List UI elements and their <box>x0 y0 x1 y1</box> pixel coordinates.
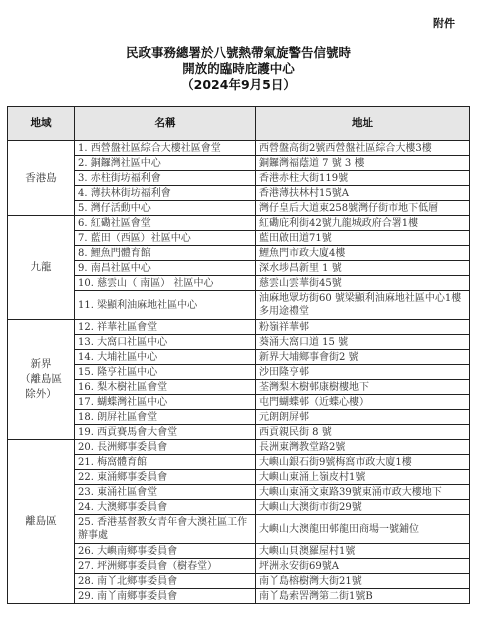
shelter-name: 11. 梁顯利油麻地社區中心 <box>75 291 256 320</box>
shelter-name: 3. 赤柱街坊福利會 <box>75 171 256 186</box>
shelter-address: 慈雲山雲華街45號 <box>256 276 470 291</box>
shelter-name: 4. 薄扶林街坊福利會 <box>75 186 256 201</box>
shelter-name: 9. 南昌社區中心 <box>75 261 256 276</box>
shelter-address: 大嶼山東涌文東路39號東涌市政大樓地下 <box>256 485 470 500</box>
table-row: 8. 鯉魚門體育館 鯉魚門市政大廈4樓 <box>8 246 470 261</box>
shelter-name: 16. 梨木樹社區會堂 <box>75 380 256 395</box>
shelter-address: 香港薄扶林村15號A <box>256 186 470 201</box>
table-row: 24. 大澳鄉事委員會 大嶼山大澳街市街29號 <box>8 500 470 515</box>
table-row: 15. 隆亨社區中心 沙田隆亨邨 <box>8 365 470 380</box>
table-row: 27. 坪洲鄉事委員會（樹春堂） 坪洲永安街69號A <box>8 559 470 574</box>
shelter-address: 香港赤柱大街119號 <box>256 171 470 186</box>
shelter-name: 20. 長洲鄉事委員會 <box>75 440 256 455</box>
region-label-line: 新界 <box>31 358 52 370</box>
shelter-address: 銅鑼灣福蔭道 7 號 3 樓 <box>256 156 470 171</box>
shelter-address: 屯門蝴蝶邨（近蝶心樓） <box>256 395 470 410</box>
shelter-address: 坪洲永安街69號A <box>256 559 470 574</box>
region-label-line: （離島區 <box>20 373 62 385</box>
shelter-table: 地域 名稱 地址 香港島 1. 西營盤社區綜合大樓社區會堂 西營盤高街2號西營盤… <box>7 106 470 604</box>
shelter-name: 1. 西營盤社區綜合大樓社區會堂 <box>75 141 256 156</box>
shelter-name: 14. 大埔社區中心 <box>75 350 256 365</box>
table-row: 21. 梅窩體育館 大嶼山銀石街9號梅窩市政大廈1樓 <box>8 455 470 470</box>
shelter-name: 6. 紅磡社區會堂 <box>75 216 256 231</box>
table-row: 17. 蝴蝶灣社區中心 屯門蝴蝶邨（近蝶心樓） <box>8 395 470 410</box>
shelter-address: 灣仔皇后大道東258號灣仔街市地下低層 <box>256 201 470 216</box>
shelter-address: 南丫島榕樹灣大街21號 <box>256 574 470 589</box>
header-address: 地址 <box>256 107 470 141</box>
shelter-address: 深水埗昌新里 1 號 <box>256 261 470 276</box>
header-region: 地域 <box>8 107 75 141</box>
shelter-name: 5. 灣仔活動中心 <box>75 201 256 216</box>
table-row: 25. 香港基督教女青年會大澳社區工作辦事處 大嶼山大澳龍田邨龍田商場一號鋪位 <box>8 515 470 544</box>
title-line-1: 民政事務總署於八號熱帶氣旋警告信號時 <box>0 45 477 61</box>
shelter-address: 長洲東灣教堂路2號 <box>256 440 470 455</box>
shelter-address: 藍田啟田道71號 <box>256 231 470 246</box>
shelter-name: 23. 東涌社區會堂 <box>75 485 256 500</box>
shelter-name: 27. 坪洲鄉事委員會（樹春堂） <box>75 559 256 574</box>
shelter-name: 22. 東涌鄉事委員會 <box>75 470 256 485</box>
shelter-name: 10. 慈雲山（ 南區） 社區中心 <box>75 276 256 291</box>
shelter-name: 21. 梅窩體育館 <box>75 455 256 470</box>
region-cell-kowloon: 九龍 <box>8 216 75 320</box>
table-row: 新界 （離島區 除外） 12. 祥華社區會堂 粉嶺祥華邨 <box>8 320 470 335</box>
shelter-name: 19. 西貢賽馬會大會堂 <box>75 425 256 440</box>
shelter-address: 鯉魚門市政大廈4樓 <box>256 246 470 261</box>
shelter-address: 大嶼山銀石街9號梅窩市政大廈1樓 <box>256 455 470 470</box>
table-row: 3. 赤柱街坊福利會 香港赤柱大街119號 <box>8 171 470 186</box>
shelter-name: 15. 隆亨社區中心 <box>75 365 256 380</box>
shelter-address: 大嶼山大澳街市街29號 <box>256 500 470 515</box>
table-row: 23. 東涌社區會堂 大嶼山東涌文東路39號東涌市政大樓地下 <box>8 485 470 500</box>
table-row: 28. 南丫北鄉事委員會 南丫島榕樹灣大街21號 <box>8 574 470 589</box>
document-title: 民政事務總署於八號熱帶氣旋警告信號時 開放的臨時庇護中心 （2024年9月5日） <box>0 45 477 93</box>
table-row: 26. 大嶼南鄉事委員會 大嶼山貝澳羅屋村1號 <box>8 544 470 559</box>
table-row: 香港島 1. 西營盤社區綜合大樓社區會堂 西營盤高街2號西營盤社區綜合大樓3樓 <box>8 141 470 156</box>
annex-label: 附件 <box>433 15 455 31</box>
shelter-address: 西貢親民街 8 號 <box>256 425 470 440</box>
shelter-address: 西營盤高街2號西營盤社區綜合大樓3樓 <box>256 141 470 156</box>
table-row: 9. 南昌社區中心 深水埗昌新里 1 號 <box>8 261 470 276</box>
table-row: 2. 銅鑼灣社區中心 銅鑼灣福蔭道 7 號 3 樓 <box>8 156 470 171</box>
shelter-address: 大嶼山大澳龍田邨龍田商場一號鋪位 <box>256 515 470 544</box>
shelter-name: 26. 大嶼南鄉事委員會 <box>75 544 256 559</box>
table-row: 離島區 20. 長洲鄉事委員會 長洲東灣教堂路2號 <box>8 440 470 455</box>
table-row: 18. 朗屏社區會堂 元朗朗屏邨 <box>8 410 470 425</box>
shelter-name: 7. 藍田（西區）社區中心 <box>75 231 256 246</box>
shelter-address: 油麻地眾坊街60 號梁顯利油麻地社區中心1樓多用途禮堂 <box>256 291 470 320</box>
shelter-name: 25. 香港基督教女青年會大澳社區工作辦事處 <box>75 515 256 544</box>
shelter-name: 28. 南丫北鄉事委員會 <box>75 574 256 589</box>
table-row: 九龍 6. 紅磡社區會堂 紅磡庇利街42號九龍城政府合署1樓 <box>8 216 470 231</box>
shelter-address: 南丫島索罟灣第二街1號B <box>256 589 470 604</box>
shelter-address: 元朗朗屏邨 <box>256 410 470 425</box>
table-row: 22. 東涌鄉事委員會 大嶼山東涌上嶺皮村1號 <box>8 470 470 485</box>
table-row: 7. 藍田（西區）社區中心 藍田啟田道71號 <box>8 231 470 246</box>
shelter-name: 18. 朗屏社區會堂 <box>75 410 256 425</box>
region-cell-hk-island: 香港島 <box>8 141 75 216</box>
shelter-address: 新界大埔鄉事會街2 號 <box>256 350 470 365</box>
shelter-name: 24. 大澳鄉事委員會 <box>75 500 256 515</box>
table-row: 16. 梨木樹社區會堂 荃灣梨木樹邨康樹樓地下 <box>8 380 470 395</box>
shelter-address: 葵涌大窩口道 15 號 <box>256 335 470 350</box>
header-name: 名稱 <box>75 107 256 141</box>
shelter-address: 大嶼山貝澳羅屋村1號 <box>256 544 470 559</box>
title-line-2: 開放的臨時庇護中心 <box>0 61 477 77</box>
shelter-name: 17. 蝴蝶灣社區中心 <box>75 395 256 410</box>
table-row: 19. 西貢賽馬會大會堂 西貢親民街 8 號 <box>8 425 470 440</box>
region-cell-islands: 離島區 <box>8 440 75 604</box>
table-row: 11. 梁顯利油麻地社區中心 油麻地眾坊街60 號梁顯利油麻地社區中心1樓多用途… <box>8 291 470 320</box>
shelter-name: 2. 銅鑼灣社區中心 <box>75 156 256 171</box>
shelter-name: 29. 南丫南鄉事委員會 <box>75 589 256 604</box>
shelter-address: 大嶼山東涌上嶺皮村1號 <box>256 470 470 485</box>
table-header-row: 地域 名稱 地址 <box>8 107 470 141</box>
shelter-name: 8. 鯉魚門體育館 <box>75 246 256 261</box>
region-cell-new-territories: 新界 （離島區 除外） <box>8 320 75 440</box>
shelter-address: 紅磡庇利街42號九龍城政府合署1樓 <box>256 216 470 231</box>
shelter-name: 13. 大窩口社區中心 <box>75 335 256 350</box>
shelter-address: 沙田隆亨邨 <box>256 365 470 380</box>
table-row: 29. 南丫南鄉事委員會 南丫島索罟灣第二街1號B <box>8 589 470 604</box>
shelter-address: 粉嶺祥華邨 <box>256 320 470 335</box>
region-label-line: 除外） <box>25 388 57 400</box>
table-row: 5. 灣仔活動中心 灣仔皇后大道東258號灣仔街市地下低層 <box>8 201 470 216</box>
table-row: 10. 慈雲山（ 南區） 社區中心 慈雲山雲華街45號 <box>8 276 470 291</box>
shelter-address: 荃灣梨木樹邨康樹樓地下 <box>256 380 470 395</box>
table-row: 4. 薄扶林街坊福利會 香港薄扶林村15號A <box>8 186 470 201</box>
table-row: 14. 大埔社區中心 新界大埔鄉事會街2 號 <box>8 350 470 365</box>
table-row: 13. 大窩口社區中心 葵涌大窩口道 15 號 <box>8 335 470 350</box>
shelter-name: 12. 祥華社區會堂 <box>75 320 256 335</box>
title-line-3: （2024年9月5日） <box>0 77 477 93</box>
